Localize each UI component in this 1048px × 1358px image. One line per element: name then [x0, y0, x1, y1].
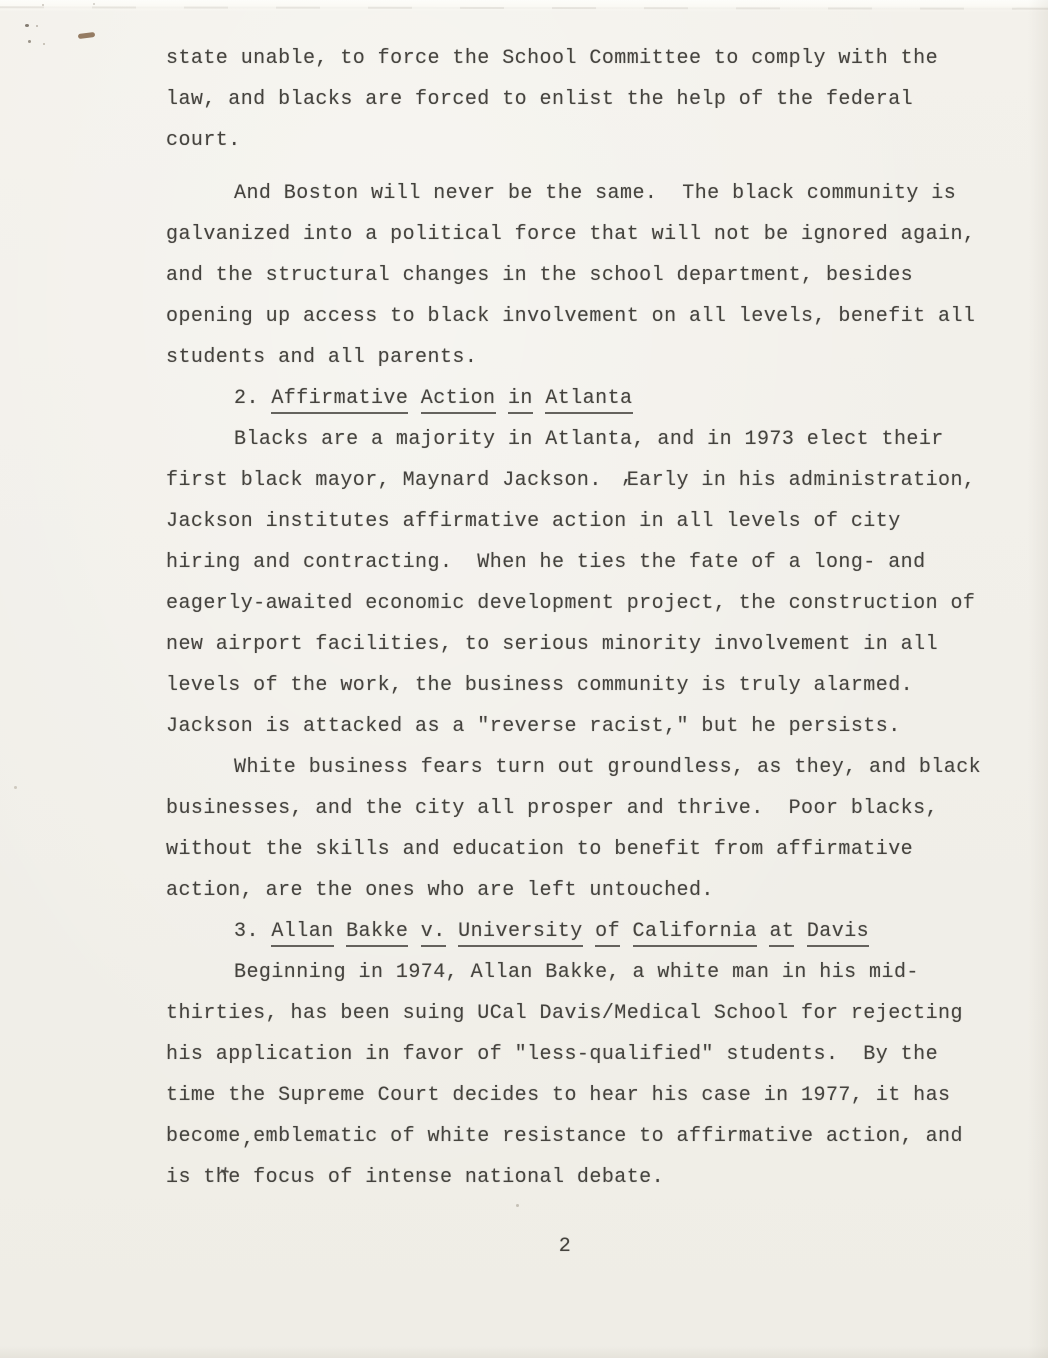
underlined-word: Bakke — [346, 920, 408, 947]
bottom-edge-shading — [0, 1346, 1048, 1358]
paper-speck — [28, 40, 31, 43]
text-line: And Boston will never be the same. The b… — [166, 173, 998, 214]
text-line: without the skills and education to bene… — [166, 829, 998, 870]
text-line: opening up access to black involvement o… — [166, 296, 998, 337]
text-line: levels of the work, the business communi… — [166, 665, 998, 706]
underlined-word: California — [633, 920, 758, 947]
underlined-word: Affirmative — [271, 387, 408, 414]
text-line: businesses, and the city all prosper and… — [166, 788, 998, 829]
paragraph: state unable, to force the School Commit… — [166, 38, 998, 161]
heading-line: 3. Allan Bakke v. University of Californ… — [166, 911, 998, 952]
text-line: is the focus of intense national debate. — [166, 1157, 998, 1198]
text-line: state unable, to force the School Commit… — [166, 38, 998, 79]
text-line: Blacks are a majority in Atlanta, and in… — [166, 419, 998, 460]
underlined-word: v. — [421, 920, 446, 947]
text-line: first black mayor, Maynard Jackson. Earl… — [166, 460, 998, 501]
text-line: White business fears turn out groundless… — [166, 747, 998, 788]
paper-speck — [93, 3, 95, 5]
paper-speck — [42, 4, 44, 6]
scanned-document-page: , , + state unable, to force the School … — [0, 0, 1048, 1358]
text-line: hiring and contracting. When he ties the… — [166, 542, 998, 583]
paper-speck — [36, 25, 38, 27]
document-body: state unable, to force the School Commit… — [166, 38, 998, 1198]
text-line: Jackson is attacked as a "reverse racist… — [166, 706, 998, 747]
text-line: galvanized into a political force that w… — [166, 214, 998, 255]
paragraph: Blacks are a majority in Atlanta, and in… — [166, 419, 998, 747]
text-line: become emblematic of white resistance to… — [166, 1116, 998, 1157]
page-number: 2 — [166, 1226, 998, 1267]
underlined-word: Davis — [807, 920, 869, 947]
text-line: Jackson institutes affirmative action in… — [166, 501, 998, 542]
text-line: time the Supreme Court decides to hear h… — [166, 1075, 998, 1116]
underlined-word: Allan — [271, 920, 333, 947]
underlined-word: Atlanta — [545, 387, 632, 414]
text-line: thirties, has been suing UCal Davis/Medi… — [166, 993, 998, 1034]
text-line: and the structural changes in the school… — [166, 255, 998, 296]
heading-number: 2. — [234, 387, 271, 410]
paper-speck — [78, 32, 95, 39]
underlined-word: of — [595, 920, 620, 947]
paragraph: White business fears turn out groundless… — [166, 747, 998, 911]
text-line: new airport facilities, to serious minor… — [166, 624, 998, 665]
underlined-word: Action — [421, 387, 496, 414]
right-edge-shading — [1028, 0, 1048, 1358]
text-line: court. — [166, 120, 998, 161]
underlined-word: University — [458, 920, 583, 947]
paragraph: Beginning in 1974, Allan Bakke, a white … — [166, 952, 998, 1198]
section-heading: 2. Affirmative Action in Atlanta — [166, 378, 998, 419]
paper-speck — [43, 43, 45, 45]
text-line: law, and blacks are forced to enlist the… — [166, 79, 998, 120]
typewritten-text-column: state unable, to force the School Commit… — [166, 38, 998, 1267]
underlined-word: in — [508, 387, 533, 414]
text-line: his application in favor of "less-qualif… — [166, 1034, 998, 1075]
paragraph: And Boston will never be the same. The b… — [166, 173, 998, 378]
text-line: action, are the ones who are left untouc… — [166, 870, 998, 911]
underlined-word: at — [769, 920, 794, 947]
heading-number: 3. — [234, 920, 271, 943]
section-heading: 3. Allan Bakke v. University of Californ… — [166, 911, 998, 952]
text-line: Beginning in 1974, Allan Bakke, a white … — [166, 952, 998, 993]
heading-line: 2. Affirmative Action in Atlanta — [166, 378, 998, 419]
paper-speck — [25, 24, 29, 27]
paper-speck — [14, 786, 17, 789]
text-line: students and all parents. — [166, 337, 998, 378]
text-line: eagerly-awaited economic development pro… — [166, 583, 998, 624]
